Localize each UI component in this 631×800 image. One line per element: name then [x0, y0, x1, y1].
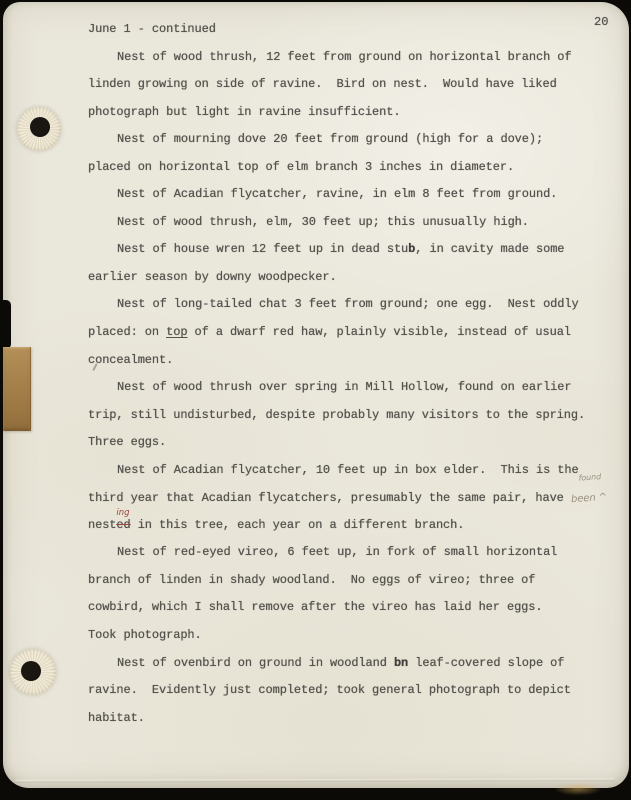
typed-line: linden growing on side of ravine. Bird o… [88, 71, 608, 99]
typed-line: Three eggs. [88, 429, 608, 457]
typed-line: placed: on top of a dwarf red haw, plain… [88, 319, 608, 347]
typed-line: cowbird, which I shall remove after the … [88, 594, 608, 622]
tape-residue [3, 347, 31, 431]
red-correction: ing [116, 509, 129, 518]
typed-line: third year that Acadian flycatchers, pre… [88, 484, 608, 512]
typed-line: June 1 - continued [88, 16, 608, 44]
torn-edge-notch [3, 300, 11, 349]
bottom-crease [15, 778, 615, 783]
typed-line: habitat. [88, 705, 608, 733]
corner-stain [555, 783, 601, 795]
typed-line: earlier season by downy woodpecker. [88, 264, 608, 292]
hole-punch-reinforcement-top [17, 107, 61, 151]
typed-line: branch of linden in shady woodland. No e… [88, 567, 608, 595]
hole-punch-reinforcement-bottom [10, 649, 56, 695]
typed-line: trip, still undisturbed, despite probabl… [88, 402, 608, 430]
typed-line: ravine. Evidently just completed; took g… [88, 677, 608, 705]
pencil-annotation: foundbeen ^ [570, 483, 608, 513]
typed-line: Nest of ovenbird on ground in woodland b… [88, 650, 608, 678]
typed-line: Nest of Acadian flycatcher, ravine, in e… [88, 181, 608, 209]
typed-line: photograph but light in ravine insuffici… [88, 99, 608, 127]
typed-line: Nest of red-eyed vireo, 6 feet up, in fo… [88, 539, 608, 567]
typed-line: placed on horizontal top of elm branch 3… [88, 154, 608, 182]
punch-hole-icon [21, 661, 41, 681]
typed-line: Nest of house wren 12 feet up in dead st… [88, 236, 608, 264]
typed-line: Nest of wood thrush over spring in Mill … [88, 374, 608, 402]
typed-line: concealment. [88, 347, 608, 375]
typed-line: Nest of wood thrush, 12 feet from ground… [88, 44, 608, 72]
typed-text: June 1 - continuedNest of wood thrush, 1… [88, 16, 608, 732]
scanned-page: 20 June 1 - continuedNest of wood thrush… [3, 2, 629, 788]
typed-line: Nest of mourning dove 20 feet from groun… [88, 126, 608, 154]
punch-hole-icon [30, 117, 50, 137]
typed-line: nesteding in this tree, each year on a d… [88, 512, 608, 540]
typed-line: Nest of long-tailed chat 3 feet from gro… [88, 291, 608, 319]
typed-line: Took photograph. [88, 622, 608, 650]
typed-line: Nest of wood thrush, elm, 30 feet up; th… [88, 209, 608, 237]
typed-line: Nest of Acadian flycatcher, 10 feet up i… [88, 457, 608, 485]
